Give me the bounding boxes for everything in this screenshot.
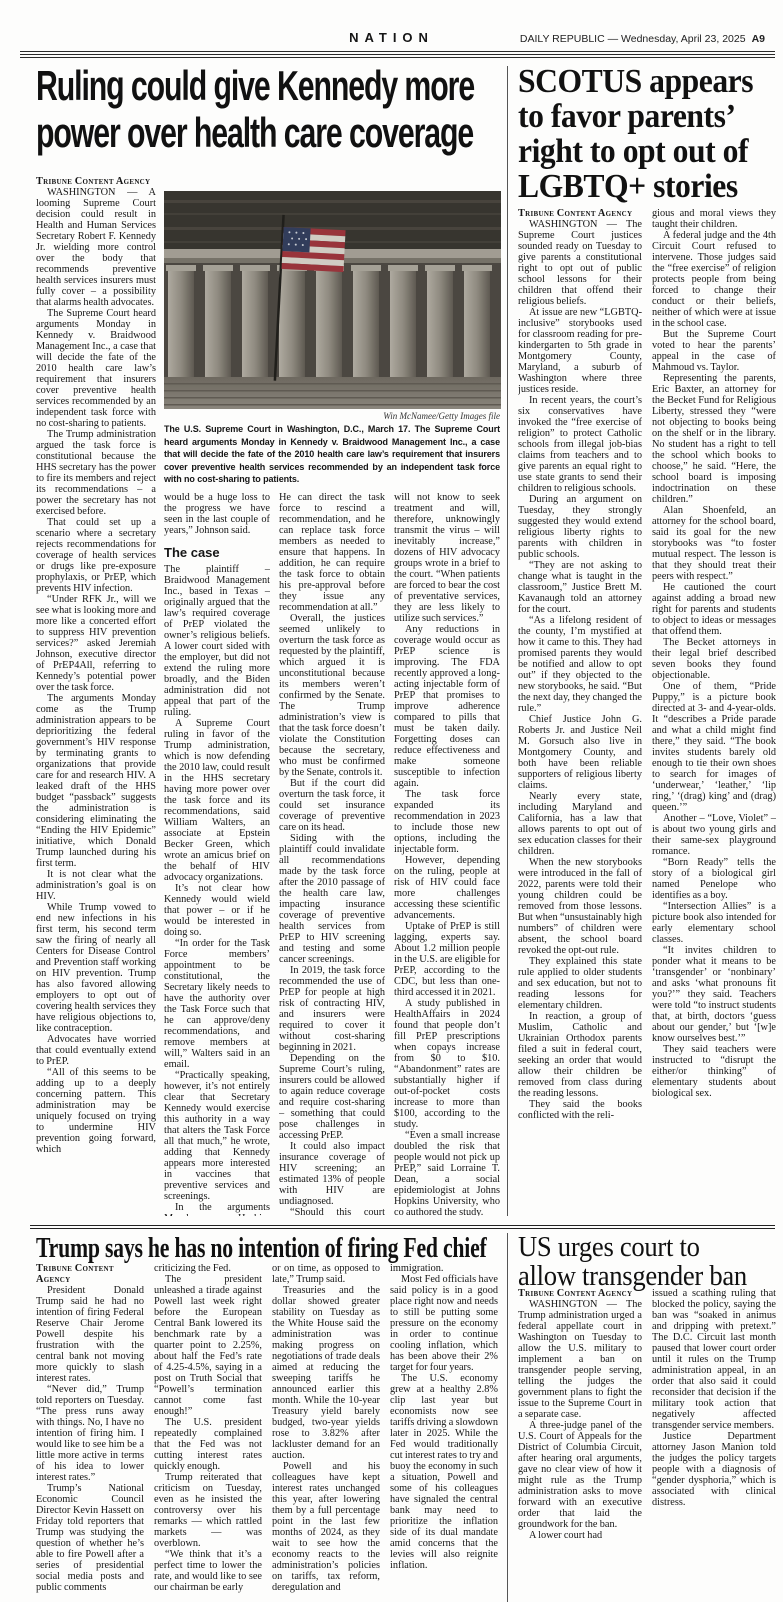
newspaper-page: NATION DAILY REPUBLIC — Wednesday, April…	[0, 0, 783, 1602]
paragraph: In reaction, a group of Muslim, Catholic…	[518, 1011, 642, 1099]
paragraph: The Supreme Court heard arguments Monday…	[36, 308, 156, 429]
paragraph: President Donald Trump said he had no in…	[36, 1285, 144, 1384]
column-divider	[507, 66, 508, 1216]
paragraph: Trump reiterated that criticism on Tuesd…	[154, 1472, 262, 1549]
paragraph: At issue are new “LGBTQ-inclusive” story…	[518, 307, 642, 395]
paragraph: They said the books conflicted with the …	[518, 1099, 642, 1121]
paragraph: immigration.	[390, 1263, 498, 1274]
header-divider	[20, 51, 775, 59]
paragraph: They said teachers were instructed to “d…	[652, 1044, 776, 1099]
paragraph: It could also impact insurance coverage …	[279, 1141, 385, 1207]
transgender-byline: Tribune Content Agency	[518, 1288, 642, 1299]
kennedy-col-3: He can direct the task force to rescind …	[279, 492, 385, 1216]
fed-col-3: or on time, as opposed to late,” Trump s…	[272, 1263, 380, 1602]
paragraph: Treasuries and the dollar showed greater…	[272, 1285, 380, 1461]
paragraph: WASHINGTON — The Supreme Court justices …	[518, 219, 642, 307]
paragraph: In the arguments Monday, Hashim Mooppan,…	[164, 1202, 270, 1216]
paragraph: The task force expanded its recommendati…	[394, 789, 500, 855]
paragraph: Overall, the justices seemed unlikely to…	[279, 613, 385, 778]
paragraph: Depending on the Supreme Court’s ruling,…	[279, 1053, 385, 1141]
paragraph: “Should this court remove the requiremen…	[279, 1207, 385, 1216]
paragraph: Siding with the plaintiff could invalida…	[279, 833, 385, 965]
paragraph: “Never did,” Trump told reporters on Tue…	[36, 1384, 144, 1483]
paragraph: The U.S. president repeatedly complained…	[154, 1417, 262, 1472]
paragraph: Chief Justice John G. Roberts Jr. and Ju…	[518, 714, 642, 791]
kennedy-col-2: would be a huge loss to the progress we …	[164, 492, 270, 1216]
paragraph: It’s not clear how Kennedy would wield t…	[164, 883, 270, 938]
paragraph: A three-judge panel of the U.S. Court of…	[518, 1420, 642, 1530]
paragraph: A study published in HealthAffairs in 20…	[394, 998, 500, 1130]
fed-byline: Tribune Content Agency	[36, 1263, 144, 1285]
paragraph: One of them, “Pride Puppy,” is a picture…	[652, 681, 776, 813]
paragraph: A lower court had	[518, 1530, 642, 1541]
photo-caption: The U.S. Supreme Court in Washington, D.…	[164, 423, 500, 486]
kennedy-col2-text: The plaintiff – Braidwood Management Inc…	[164, 564, 270, 1216]
paragraph: “We think that it’s a perfect time to lo…	[154, 1549, 262, 1593]
paragraph: While Trump vowed to end new infections …	[36, 902, 156, 1034]
paragraph: “Under RFK Jr., will we see what is look…	[36, 594, 156, 693]
paragraph: “Practically speaking, however, it’s not…	[164, 1070, 270, 1202]
transgender-col-2: issued a scathing ruling that blocked th…	[652, 1288, 776, 1602]
fed-col1-text: President Donald Trump said he had no in…	[36, 1285, 144, 1593]
masthead-date: DAILY REPUBLIC — Wednesday, April 23, 20…	[520, 33, 746, 45]
paragraph: The arguments Monday come as the Trump a…	[36, 693, 156, 869]
scotus-col-1: Tribune Content Agency WASHINGTON — The …	[518, 208, 642, 1216]
paragraph: The Trump administration argued the task…	[36, 429, 156, 517]
paragraph: During an argument on Tuesday, they stro…	[518, 494, 642, 560]
transgender-col1-text: WASHINGTON — The Trump administration ur…	[518, 1299, 642, 1541]
paragraph: issued a scathing ruling that blocked th…	[652, 1288, 776, 1431]
paragraph: “Intersection Allies” is a picture book …	[652, 901, 776, 945]
paragraph: In 2019, the task force recommended the …	[279, 965, 385, 1053]
kennedy-col1-text: WASHINGTON — A looming Supreme Court dec…	[36, 187, 156, 1155]
scotus-columns: Tribune Content Agency WASHINGTON — The …	[518, 208, 776, 1216]
paragraph: “As a lifelong resident of the county, I…	[518, 615, 642, 714]
paragraph: The U.S. economy grew at a healthy 2.8% …	[390, 1373, 498, 1571]
paragraph: Powell and his colleagues have kept inte…	[272, 1461, 380, 1593]
paragraph: “All of this seems to be adding up to a …	[36, 1067, 156, 1155]
paragraph: Justice Department attorney Jason Manion…	[652, 1431, 776, 1508]
supreme-court-photo-art	[164, 191, 501, 409]
paragraph: Trump’s National Economic Council Direct…	[36, 1483, 144, 1593]
kennedy-headline: Ruling could give Kennedy more power ove…	[36, 62, 500, 156]
paragraph: criticizing the Fed.	[154, 1263, 262, 1274]
masthead: DAILY REPUBLIC — Wednesday, April 23, 20…	[520, 33, 765, 45]
section-divider	[30, 1225, 775, 1230]
fed-col-4: immigration.Most Fed officials have said…	[390, 1263, 498, 1602]
transgender-col-1: Tribune Content Agency WASHINGTON — The …	[518, 1288, 642, 1602]
paragraph: When the new storybooks were introduced …	[518, 857, 642, 956]
fed-headline: Trump says he has no intention of firing…	[36, 1233, 501, 1263]
paragraph: Advocates have worried that could eventu…	[36, 1034, 156, 1067]
paragraph: would be a huge loss to the progress we …	[164, 492, 270, 536]
scotus-col-2: gious and moral views they taught their …	[652, 208, 776, 1216]
scotus-byline: Tribune Content Agency	[518, 208, 642, 219]
paragraph: The plaintiff – Braidwood Management Inc…	[164, 564, 270, 718]
paragraph: Uptake of PrEP is still lagging, experts…	[394, 921, 500, 998]
paragraph: gious and moral views they taught their …	[652, 208, 776, 230]
paragraph: But if the court did overturn the task f…	[279, 778, 385, 833]
kennedy-subhead: The case	[164, 545, 270, 560]
paragraph: However, depending on the ruling, people…	[394, 855, 500, 921]
paragraph: They explained this state rule applied t…	[518, 956, 642, 1011]
paragraph: “In order for the Task Force members’ ap…	[164, 938, 270, 1070]
scotus-col1-text: WASHINGTON — The Supreme Court justices …	[518, 219, 642, 1121]
paragraph: “They are not asking to change what is t…	[518, 560, 642, 615]
fed-col-2: criticizing the Fed.The president unleas…	[154, 1263, 262, 1602]
paragraph: That could set up a scenario where a sec…	[36, 517, 156, 594]
paragraph: The Becket attorneys in their legal brie…	[652, 637, 776, 681]
paragraph: It is not clear what the administration’…	[36, 869, 156, 902]
paragraph: “Born Ready” tells the story of a biolog…	[652, 857, 776, 901]
paragraph: But the Supreme Court voted to hear the …	[652, 329, 776, 373]
paragraph: WASHINGTON — The Trump administration ur…	[518, 1299, 642, 1420]
paragraph: “It invites children to ponder what it m…	[652, 945, 776, 1044]
supreme-court-photo	[164, 191, 501, 409]
fed-columns: Tribune Content Agency President Donald …	[36, 1263, 500, 1602]
transgender-headline: US urges court to allow transgender ban	[518, 1233, 780, 1291]
photo-credit: Win McNamee/Getty Images file	[164, 411, 500, 421]
paragraph: He can direct the task force to rescind …	[279, 492, 385, 613]
kennedy-col-4: will not know to seek treatment and will…	[394, 492, 500, 1216]
paragraph: Nearly every state, including Maryland a…	[518, 791, 642, 857]
paragraph: Another – “Love, Violet” – is about two …	[652, 813, 776, 857]
paragraph: A federal judge and the 4th Circuit Cour…	[652, 230, 776, 329]
paragraph: WASHINGTON — A looming Supreme Court dec…	[36, 187, 156, 308]
paragraph: A Supreme Court ruling in favor of the T…	[164, 718, 270, 883]
column-divider	[507, 1233, 508, 1602]
paragraph: The president unleashed a tirade against…	[154, 1274, 262, 1417]
kennedy-col2-intro: would be a huge loss to the progress we …	[164, 492, 270, 536]
fed-col-1: Tribune Content Agency President Donald …	[36, 1263, 144, 1602]
paragraph: In recent years, the court’s six conserv…	[518, 395, 642, 494]
paragraph: will not know to seek treatment and will…	[394, 492, 500, 624]
transgender-columns: Tribune Content Agency WASHINGTON — The …	[518, 1288, 776, 1602]
kennedy-columns: would be a huge loss to the progress we …	[164, 492, 501, 1216]
paragraph: He cautioned the court against adding a …	[652, 582, 776, 637]
kennedy-byline: Tribune Content Agency	[36, 176, 156, 187]
paragraph: or on time, as opposed to late,” Trump s…	[272, 1263, 380, 1285]
paragraph: Representing the parents, Eric Baxter, a…	[652, 373, 776, 505]
kennedy-col-1: Tribune Content Agency WASHINGTON — A lo…	[36, 176, 156, 1216]
paragraph: Any reductions in coverage would occur a…	[394, 624, 500, 789]
paragraph: “Even a small increase doubled the risk …	[394, 1130, 500, 1216]
paragraph: Most Fed officials have said policy is i…	[390, 1274, 498, 1373]
scotus-headline: SCOTUS appears to favor parents’ right t…	[518, 64, 780, 204]
page-number: A9	[752, 33, 765, 45]
paragraph: Alan Shoenfeld, an attorney for the scho…	[652, 505, 776, 582]
